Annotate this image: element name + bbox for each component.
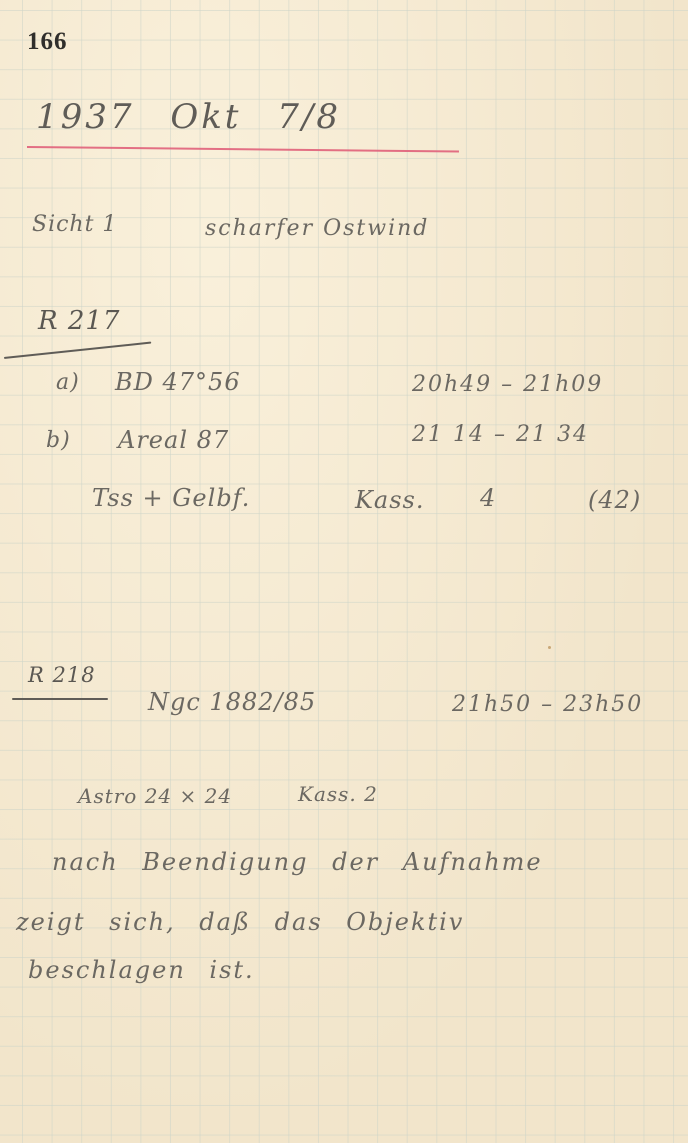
run-underline: [12, 698, 108, 700]
page-number: 166: [27, 28, 68, 56]
entry-date: 1937 Okt 7/8: [36, 100, 341, 134]
row-target-b: Areal 87: [118, 428, 229, 452]
run-id-r217: R 217: [38, 308, 120, 334]
run-id-r218: R 218: [28, 665, 96, 686]
row-label-b: b): [46, 430, 71, 452]
weather-note: scharfer Ostwind: [205, 218, 429, 240]
row-time-a: 20h49 – 21h09: [412, 374, 603, 396]
cassette-note: Kass. 2: [298, 784, 378, 804]
seeing-label: Sicht 1: [32, 214, 117, 236]
row-target-a: BD 47°56: [115, 370, 241, 394]
remark-line-2: zeigt sich, daß das Objektiv: [16, 910, 464, 934]
r218-target: Ngc 1882/85: [148, 690, 316, 714]
row-label-a: a): [56, 372, 80, 394]
r218-time: 21h50 – 23h50: [452, 694, 643, 716]
notebook-page: 166 1937 Okt 7/8 Sicht 1 scharfer Ostwin…: [0, 0, 688, 1143]
paper-spot: [548, 646, 551, 649]
row-time-b: 21 14 – 21 34: [412, 424, 589, 446]
cassette-label: Kass.: [355, 488, 425, 512]
filter-note: Tss + Gelbf.: [92, 486, 250, 510]
red-header-rule: [27, 146, 459, 153]
plate-note: Astro 24 × 24: [78, 786, 232, 806]
remark-line-3: beschlagen ist.: [28, 958, 255, 982]
cassette-number: 4: [480, 486, 496, 510]
run-underline: [4, 342, 151, 359]
remark-line-1: nach Beendigung der Aufnahme: [52, 850, 543, 874]
extra-note: (42): [588, 488, 641, 512]
